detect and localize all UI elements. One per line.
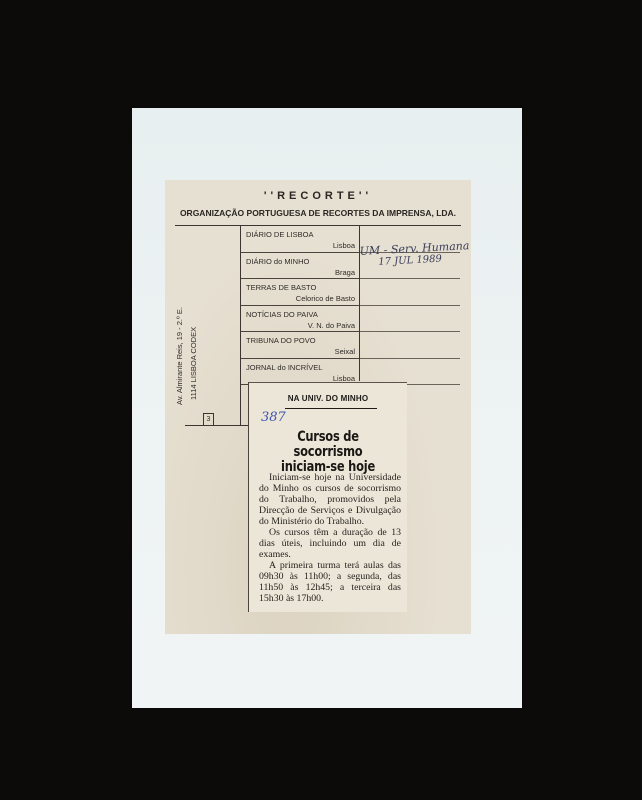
- form-subtitle: ORGANIZAÇÃO PORTUGUESA DE RECORTES DA IM…: [165, 208, 471, 218]
- clipping-top-rule: [249, 382, 407, 383]
- publication-row: DIÁRIO do MINHO Braga: [241, 253, 359, 280]
- publication-city: Celorico de Basto: [296, 294, 355, 303]
- article-kicker: NA UNIV. DO MINHO: [249, 394, 407, 403]
- address-block: Av. Almirante Reis, 19 - 2.º E. 1114 LIS…: [173, 240, 235, 420]
- publication-city: Seixal: [335, 347, 355, 356]
- publication-name: TRIBUNA DO POVO: [246, 336, 316, 345]
- address-city: 1114 LISBOA CODEX: [189, 327, 198, 400]
- publication-row: TERRAS DE BASTO Celorico de Basto: [241, 279, 359, 306]
- publication-row: NOTÍCIAS DO PAIVA V. N. do Paiva: [241, 306, 359, 333]
- notes-row: [360, 332, 460, 359]
- publication-name: JORNAL do INCRÍVEL: [246, 363, 322, 372]
- article-body: Iniciam-se hoje na Universidade do Minho…: [259, 472, 401, 604]
- kicker-underline: [285, 408, 377, 409]
- publication-name: DIÁRIO DE LISBOA: [246, 230, 314, 239]
- publication-name: DIÁRIO do MINHO: [246, 257, 309, 266]
- notes-row: [360, 306, 460, 333]
- archive-number: 387: [261, 410, 286, 425]
- article-paragraph: A primeira turma terá aulas das 09h30 às…: [259, 560, 401, 604]
- article-paragraph: Iniciam-se hoje na Universidade do Minho…: [259, 472, 401, 527]
- article-paragraph: Os cursos têm a duração de 13 dias úteis…: [259, 527, 401, 560]
- publication-city: Braga: [335, 268, 355, 277]
- publication-city: Lisboa: [333, 241, 355, 250]
- publication-row: DIÁRIO DE LISBOA Lisboa: [241, 226, 359, 253]
- publication-city: V. N. do Paiva: [308, 321, 355, 330]
- publication-name: TERRAS DE BASTO: [246, 283, 316, 292]
- publication-list: DIÁRIO DE LISBOA Lisboa DIÁRIO do MINHO …: [241, 226, 359, 385]
- publication-name: NOTÍCIAS DO PAIVA: [246, 310, 318, 319]
- headline-line: Cursos de socorrismo: [263, 430, 393, 460]
- article-headline: Cursos de socorrismo iniciam-se hoje: [263, 430, 393, 475]
- newspaper-clipping: NA UNIV. DO MINHO 387 Cursos de socorris…: [248, 382, 407, 612]
- address-street: Av. Almirante Reis, 19 - 2.º E.: [175, 307, 184, 405]
- publication-row: TRIBUNA DO POVO Seixal: [241, 332, 359, 359]
- notes-row: [360, 279, 460, 306]
- form-title: ''RECORTE'': [165, 190, 471, 202]
